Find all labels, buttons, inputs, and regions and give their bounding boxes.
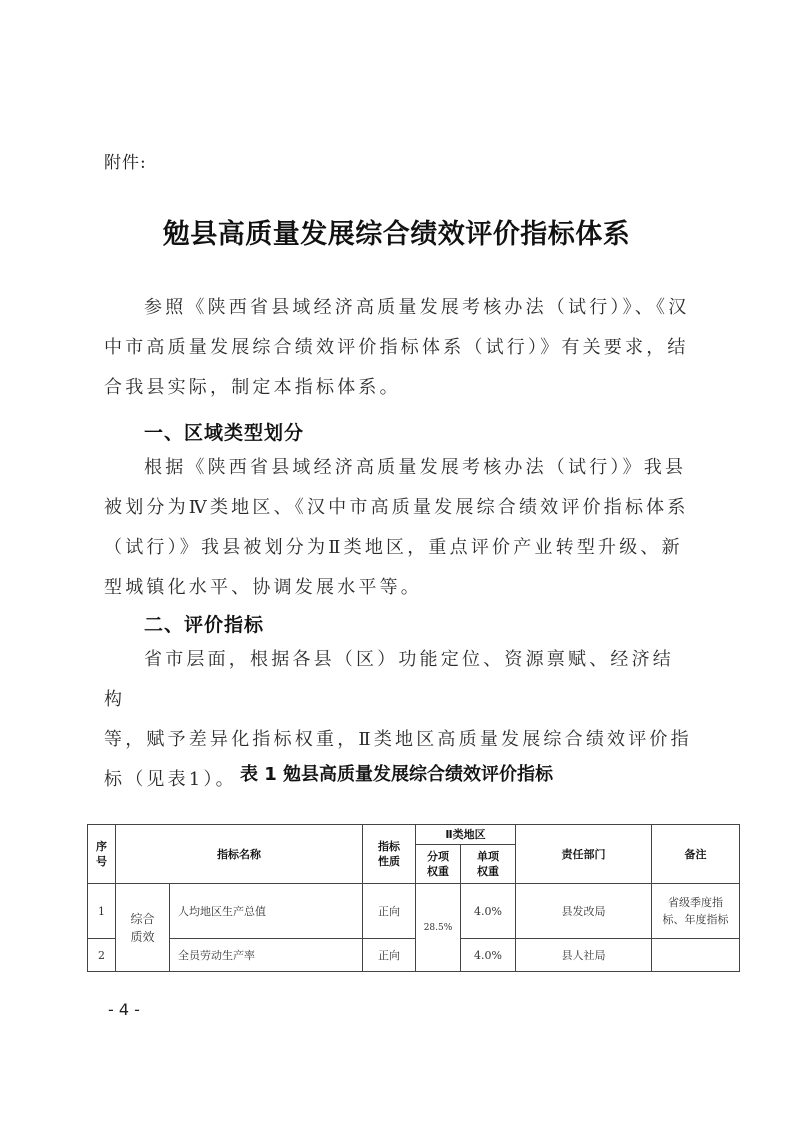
table-row: 2 全员劳动生产率 正向 4.0% 县人社局 — [88, 939, 740, 972]
row-seq: 2 — [88, 939, 116, 972]
row-department: 县人社局 — [516, 939, 652, 972]
header-sub-weight: 分项权重 — [416, 845, 461, 884]
header-region-group: Ⅱ类地区 — [416, 825, 516, 845]
section1-line-3: （试行）》我县被划分为Ⅱ类地区，重点评价产业转型升级、新 — [104, 528, 694, 568]
row-department: 县发改局 — [516, 884, 652, 939]
row-seq: 1 — [88, 884, 116, 939]
intro-line-1: 参照《陕西省县域经济高质量发展考核办法（试行）》、《汉 — [104, 288, 694, 328]
section2-line-1: 省市层面，根据各县（区）功能定位、资源禀赋、经济结构 — [104, 640, 694, 720]
section2-line-2: 等，赋予差异化指标权重，Ⅱ类地区高质量发展综合绩效评价指 — [104, 720, 694, 760]
header-remarks: 备注 — [652, 825, 740, 884]
table-row: 1 综合质效 人均地区生产总值 正向 28.5% 4.0% 县发改局 省级季度指… — [88, 884, 740, 939]
section1-paragraph: 根据《陕西省县域经济高质量发展考核办法（试行）》我县 被划分为Ⅳ类地区、《汉中市… — [104, 448, 694, 608]
row-nature: 正向 — [363, 939, 416, 972]
table-caption: 表 1 勉县高质量发展综合绩效评价指标 — [0, 760, 793, 786]
section1-line-1: 根据《陕西省县域经济高质量发展考核办法（试行）》我县 — [104, 448, 694, 488]
header-seq: 序号 — [88, 825, 116, 884]
page-number: - 4 - — [108, 1000, 140, 1019]
intro-line-3: 合我县实际，制定本指标体系。 — [104, 368, 694, 408]
row-nature: 正向 — [363, 884, 416, 939]
header-department: 责任部门 — [516, 825, 652, 884]
document-title: 勉县高质量发展综合绩效评价指标体系 — [0, 212, 793, 251]
row-item-weight: 4.0% — [461, 884, 516, 939]
row-remarks — [652, 939, 740, 972]
category-cell: 综合质效 — [116, 884, 170, 972]
header-nature: 指标性质 — [363, 825, 416, 884]
section2-heading: 二、评价指标 — [144, 610, 264, 637]
intro-paragraph: 参照《陕西省县域经济高质量发展考核办法（试行）》、《汉 中市高质量发展综合绩效评… — [104, 288, 694, 408]
row-item-weight: 4.0% — [461, 939, 516, 972]
indicator-table: 序号 指标名称 指标性质 Ⅱ类地区 责任部门 备注 分项权重 单项权重 1 综合… — [87, 824, 740, 972]
section1-line-4: 型城镇化水平、协调发展水平等。 — [104, 568, 694, 608]
category-weight: 28.5% — [416, 884, 461, 972]
row-name: 全员劳动生产率 — [170, 939, 363, 972]
header-name: 指标名称 — [116, 825, 363, 884]
row-remarks: 省级季度指标、年度指标 — [652, 884, 740, 939]
row-name: 人均地区生产总值 — [170, 884, 363, 939]
header-item-weight: 单项权重 — [461, 845, 516, 884]
intro-line-2: 中市高质量发展综合绩效评价指标体系（试行）》有关要求，结 — [104, 328, 694, 368]
section1-line-2: 被划分为Ⅳ类地区、《汉中市高质量发展综合绩效评价指标体系 — [104, 488, 694, 528]
attachment-label: 附件: — [104, 148, 147, 173]
section1-heading: 一、区域类型划分 — [144, 418, 304, 445]
